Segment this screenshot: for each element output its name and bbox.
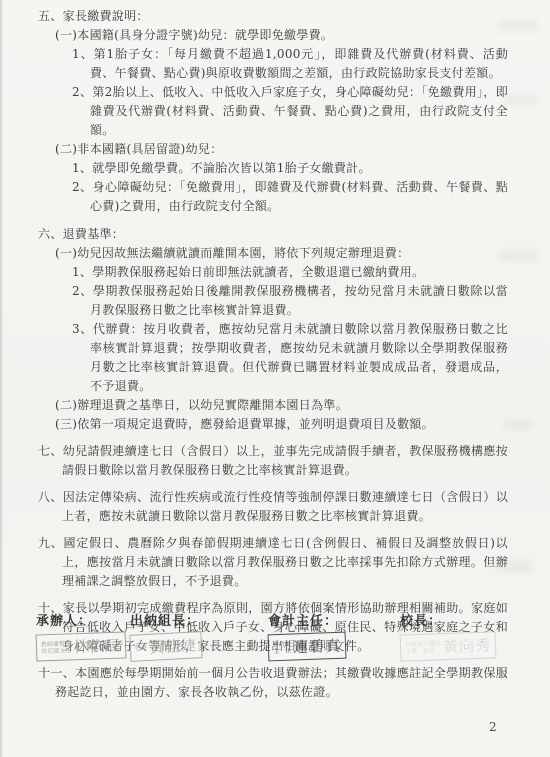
paragraph: (二)非本國籍(具居留證)幼兒： [0,140,508,159]
paragraph: 九、國定假日、農曆除夕與春節假期連續達七日(含例假日、補假日及調整放假日)以上，… [0,534,508,591]
signature-row: 承辦人：教師兼暫代幼兒園主任林依辰出納組長：幹事黃佳婕會計主任：會計室主 任連碧… [0,610,550,700]
stamp-name-text: 黃佳婕 [148,634,197,657]
signature-role-label: 出納組長： [130,610,202,629]
paragraph: 1、就學即免繳學費。不論胎次皆以第1胎子女繳費計。 [0,159,508,178]
stamp-title-text: 會計室主 任 [273,640,291,655]
stamp-name-text: 林依辰 [73,635,122,658]
signature-role-label: 會計主任： [268,610,346,629]
paragraph: 2、第2胎以上、低收入、中低收入戶家庭子女，身心障礙幼兒：「免繳費用」，即雜費及… [0,83,508,140]
stamp-title-text: 幹事 [135,644,147,652]
signature-block: 承辦人：教師兼暫代幼兒園主任林依辰 [36,610,126,660]
paragraph: 1、第1胎子女：「每月繳費不超過1,000元」，即雜費及代辦費(材料費、活動費、… [0,45,508,83]
paragraph: 3、代辦費：按月收費者，應按幼兒當月未就讀日數除以當月教保服務日數之比率核實計算… [0,320,508,396]
paragraph: 1、學期教保服務起始日前即無法就讀者，全數退還已繳納費用。 [0,263,508,282]
signature-role-label: 承辦人： [36,610,126,629]
stamp-name-text: 連碧真 [293,635,342,658]
paragraph: 五、家長繳費說明： [0,7,508,26]
signature-block: 會計主任：會計室主 任連碧真 [268,610,346,660]
signature-block: 校長：台南市立國民小學 校長黃向秀 [400,610,496,660]
paragraph: 2、身心障礙幼兒：「免繳費用」，即雜費及代辦費(材料費、活動費、午餐費、點心費)… [0,178,508,216]
paragraph: 2、學期教保服務起始日後離開教保服務機構者，按幼兒當月未就讀日數除以當月教保服務… [0,282,508,320]
document-body: 五、家長繳費說明：(一)本國籍(具身分證字號)幼兒：就學即免繳學費。1、第1胎子… [0,7,550,702]
page-number: 2 [489,720,497,734]
paragraph: (三)依第一項規定退費時，應發給退費單據，並列明退費項目及數額。 [0,415,508,434]
paragraph: (一)幼兒因故無法繼續就讀而離開本園，將依下列規定辦理退費： [0,244,508,263]
scanned-document-page: 五、家長繳費說明：(一)本國籍(具身分證字號)幼兒：就學即免繳學費。1、第1胎子… [0,0,550,757]
stamp-title-text: 台南市立國民小學 校長 [405,640,441,655]
paragraph: 八、因法定傳染病、流行性疾病或流行性疫情等強制停課日數連續達七日（含假日）以上者… [0,488,508,526]
name-stamp: 台南市立國民小學 校長黃向秀 [400,631,497,661]
signature-role-label: 校長： [400,610,496,629]
stamp-title-text: 教師兼暫代幼兒園主任 [41,640,71,655]
name-stamp: 會計室主 任連碧真 [268,632,347,662]
stamp-name-text: 黃向秀 [443,635,492,658]
paragraph: 六、退費基準： [0,225,508,244]
name-stamp: 教師兼暫代幼兒園主任林依辰 [36,631,127,661]
paragraph: (一)本國籍(具身分證字號)幼兒：就學即免繳學費。 [0,26,508,45]
name-stamp: 幹事黃佳婕 [129,631,202,662]
paragraph: 七、幼兒請假連續達七日（含假日）以上，並事先完成請假手續者，教保服務機構應按請假… [0,442,508,480]
signature-block: 出納組長：幹事黃佳婕 [130,610,202,660]
paragraph: (二)辦理退費之基準日，以幼兒實際離開本園日為準。 [0,396,508,415]
